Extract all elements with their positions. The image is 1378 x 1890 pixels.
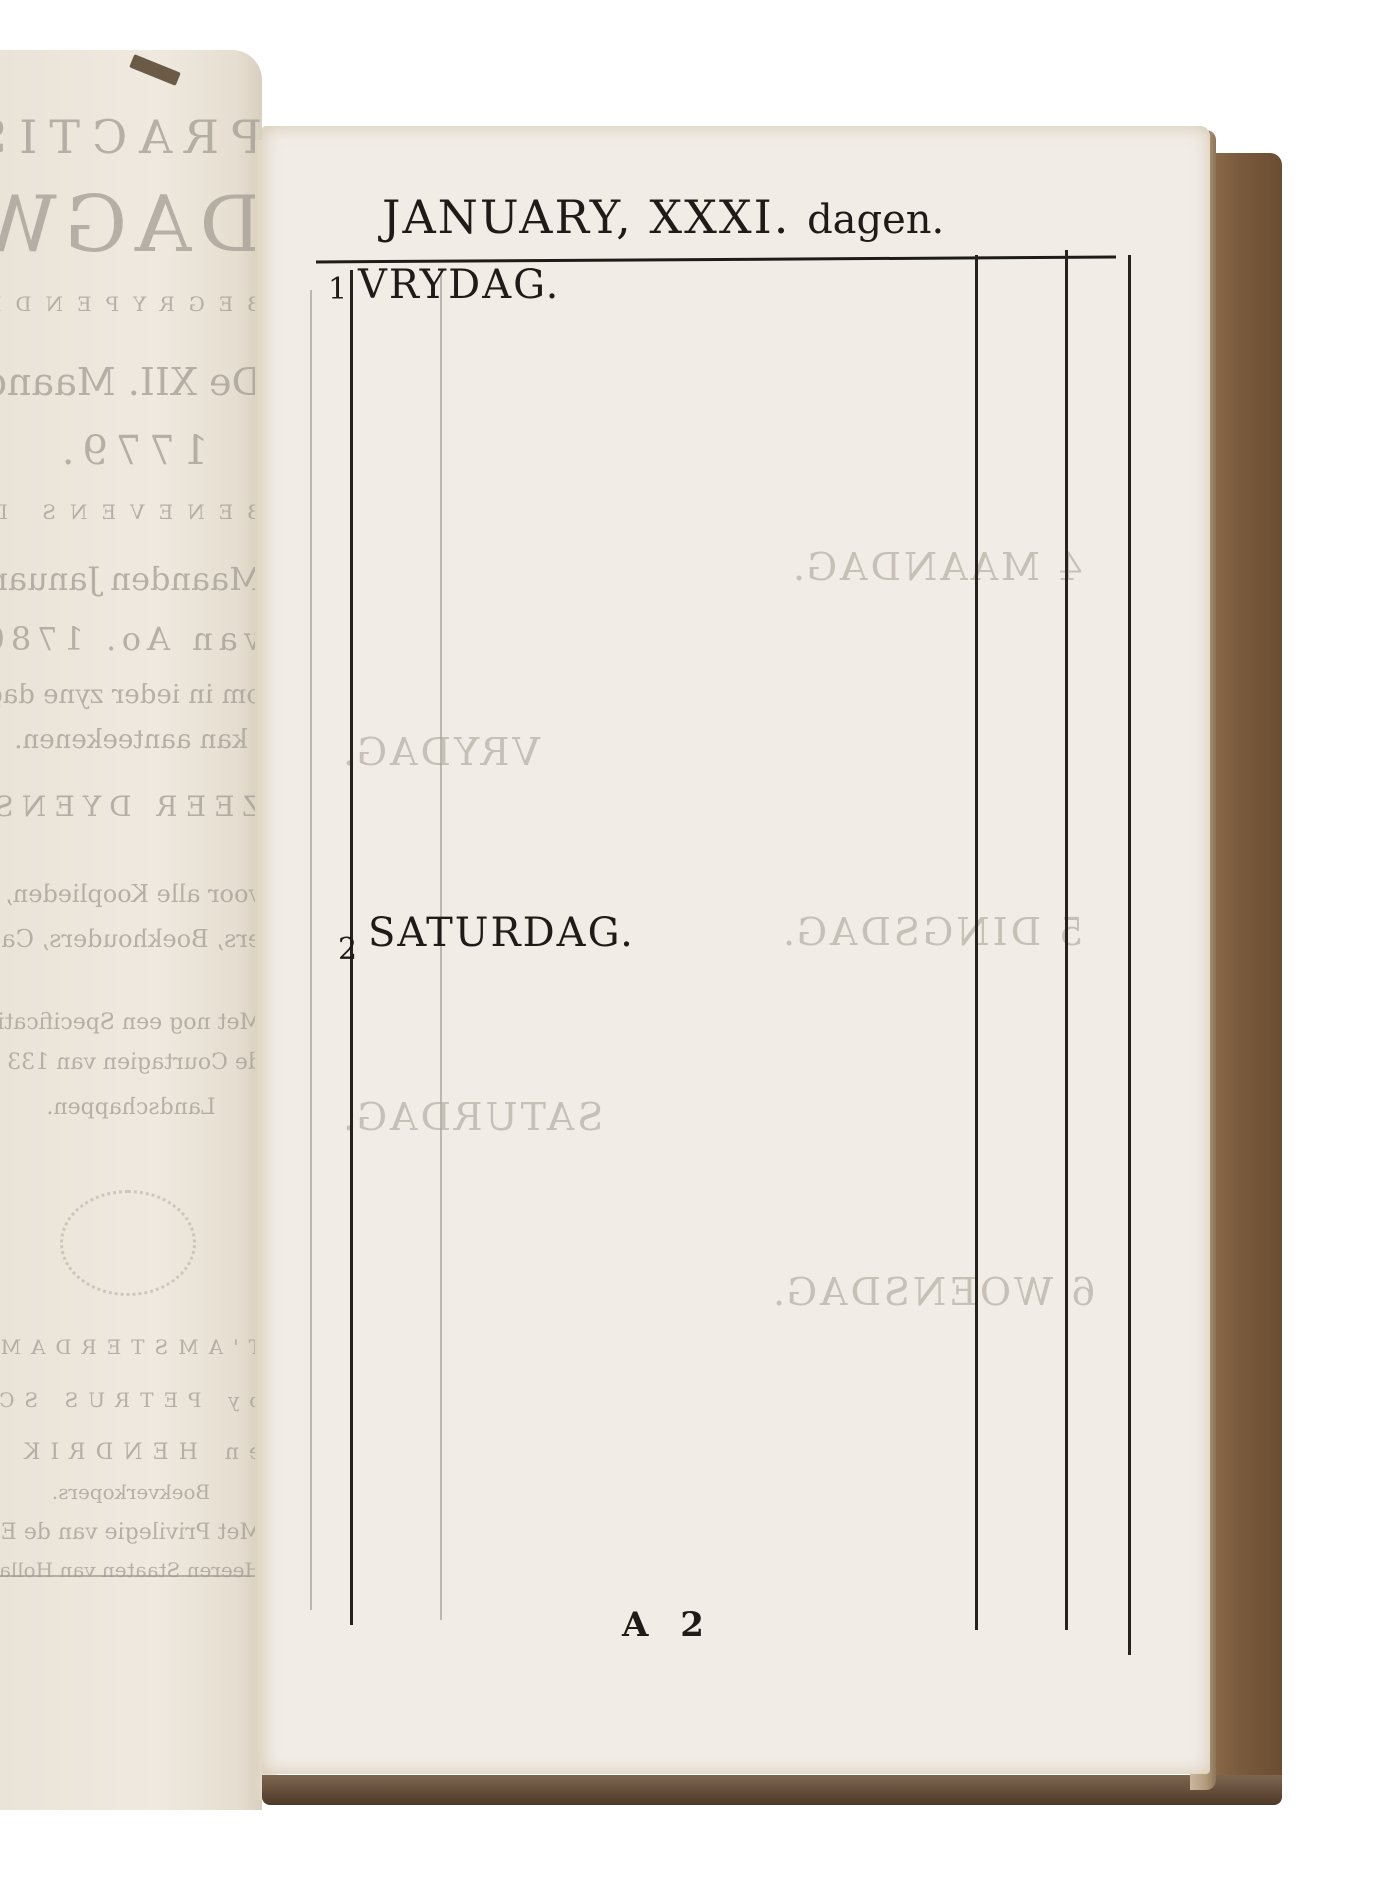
column-rule-faint — [310, 290, 312, 1610]
left-title-line: ers, Boekhouders, Cassiers e — [0, 925, 262, 953]
show-through-text: 4 MAANDAG. — [790, 545, 1082, 589]
left-title-line: Met nog een Specificatie van h — [0, 1010, 262, 1035]
book-cover — [1212, 153, 1282, 1798]
book-cover-bottom — [262, 1775, 1282, 1805]
left-title-line: en HENDRIK OTTE — [0, 1440, 262, 1465]
days-roman: XXXI. — [649, 190, 790, 244]
printer-ornament — [60, 1190, 196, 1296]
left-title-line: T'AMSTERDAM, — [0, 1335, 262, 1359]
show-through-text: SATURDAG. — [340, 1095, 603, 1139]
left-title-line: by PETRUS SCHOU — [0, 1388, 262, 1412]
left-title-line: PRACTISY — [0, 110, 262, 164]
show-through-text: 5 DINGSDAG. — [780, 910, 1083, 954]
left-title-line: De XII. Maanden des — [0, 360, 262, 404]
left-title-line: de Courtagien van 133 Koopsc — [0, 1050, 262, 1075]
left-title-line: DAGWYS — [0, 180, 262, 270]
left-title-line: Landschappen. — [0, 1095, 262, 1120]
left-title-line: ZEER DYENST — [0, 790, 262, 823]
month-name: JANUARY, — [382, 190, 633, 244]
signature-mark: A 2 — [622, 1605, 714, 1645]
month-heading: JANUARY, XXXI. dagen. — [382, 190, 944, 244]
day-number: 2 — [338, 932, 357, 967]
day-label: SATURDAG. — [368, 910, 635, 956]
left-title-line: 1779. — [0, 428, 262, 474]
column-rule — [1128, 255, 1131, 1655]
left-title-line: om in ieder zyne dagelyksc — [0, 680, 262, 710]
left-title-line: Heeren Staaten van Holland en West- — [0, 1558, 262, 1582]
left-title-line: Boekverkopers. — [0, 1480, 262, 1504]
column-rule — [1065, 250, 1068, 1630]
day-label: VRYDAG. — [358, 262, 560, 308]
left-title-line: Met Privilegie van de Ed. Groot — [0, 1520, 262, 1545]
day-number: 1 — [328, 272, 347, 307]
left-title-line: BENEVENS DE — [0, 500, 262, 524]
days-word: dagen. — [807, 197, 944, 243]
left-title-line: voor alle Kooplieden, Rentenie — [0, 880, 262, 908]
column-rule — [975, 255, 978, 1630]
left-title-line: BEGRYPENDE — [0, 292, 262, 316]
left-title-line: kan aanteekenen. — [0, 725, 262, 755]
left-title-line: van Ao. 1780 — [0, 620, 262, 658]
left-title-line: Maanden January en F — [0, 560, 262, 598]
show-through-text: 6 WOENSDAG. — [770, 1270, 1095, 1314]
